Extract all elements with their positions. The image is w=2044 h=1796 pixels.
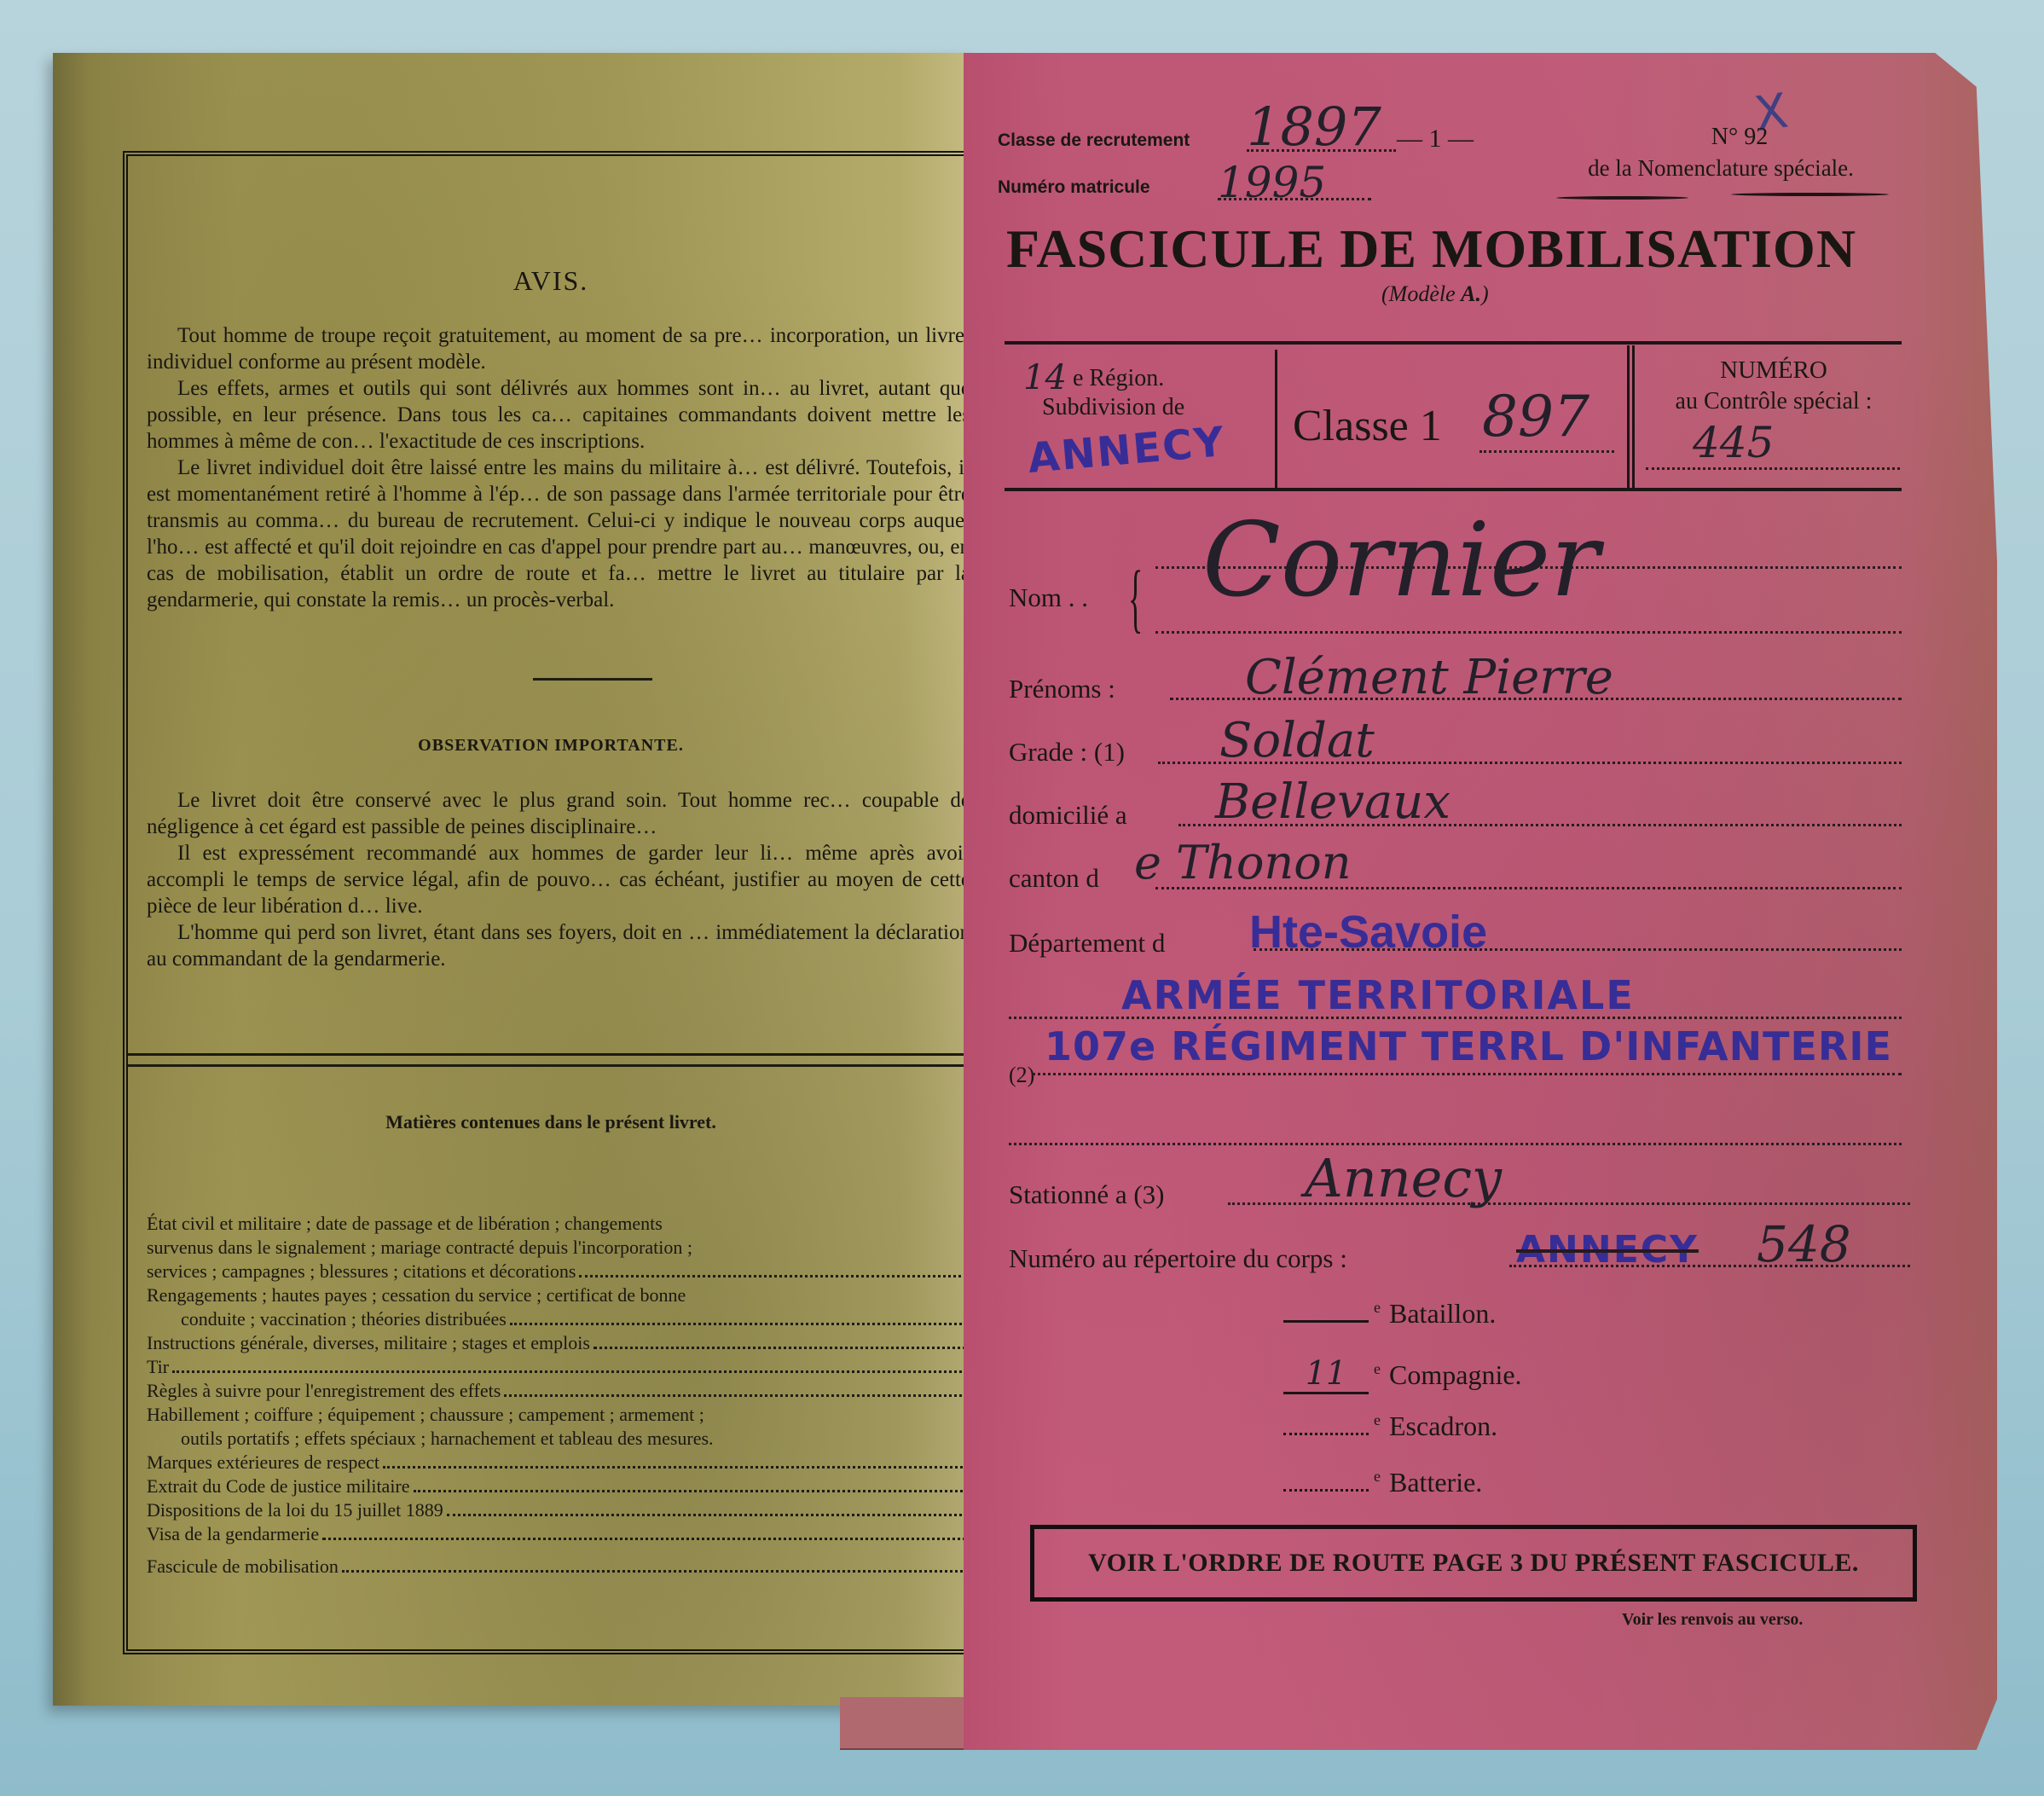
stationne-value: Annecy — [1305, 1147, 1502, 1209]
subdivision-label: Subdivision de — [1042, 394, 1184, 421]
regiment-line — [1032, 1073, 1902, 1075]
route-notice-box: VOIR L'ORDRE DE ROUTE PAGE 3 DU PRÉSENT … — [1030, 1525, 1917, 1602]
repertoire-stamp-struck: ANNECY — [1516, 1228, 1699, 1272]
classe-value: 897 — [1482, 384, 1589, 449]
observation-title: OBSERVATION IMPORTANTE. — [128, 736, 974, 756]
document-title: FASCICULE DE MOBILISATION — [1006, 217, 1902, 281]
region-label: e Région. — [1073, 365, 1164, 392]
classe-recrutement-value: 1897 — [1247, 96, 1381, 158]
contents-item: Visa de la gendarmerie — [147, 1522, 974, 1546]
nomenclature-text: de la Nomenclature spéciale. — [1542, 155, 1900, 182]
controle-label: au Contrôle spécial : — [1642, 388, 1906, 415]
grade-label: Grade : (1) — [1009, 737, 1125, 768]
controle-line — [1646, 467, 1900, 470]
contents-item: Fascicule de mobilisation — [147, 1555, 974, 1579]
classe-label: Classe 1 — [1293, 401, 1442, 451]
page-number: — 1 — — [1397, 125, 1474, 154]
avis-title: AVIS. — [128, 265, 974, 297]
nom-label: Nom . . — [1009, 582, 1088, 613]
contents-item: Règles à suivre pour l'enregistrement de… — [147, 1379, 974, 1403]
region-number: 14 — [1023, 358, 1067, 397]
nom-line-lower — [1155, 631, 1902, 634]
contents-item: conduite ; vaccination ; théories distri… — [147, 1307, 974, 1331]
contents-item: Extrait du Code de justice militaire — [147, 1474, 974, 1498]
renvois-note: Voir les renvois au verso. — [1622, 1610, 1803, 1630]
unit-batterie: eBatterie. — [1283, 1467, 1482, 1498]
observation-paragraph: Le livret doit être conservé avec le plu… — [147, 787, 970, 840]
departement-stamp: Hte-Savoie — [1249, 906, 1487, 959]
contents-title: Matières contenues dans le présent livre… — [128, 1111, 974, 1133]
repertoire-label: Numéro au répertoire du corps : — [1009, 1243, 1347, 1274]
section-rule — [533, 678, 652, 681]
numero-matricule-label: Numéro matricule — [998, 177, 1150, 198]
table-top-rule — [1005, 341, 1902, 345]
ornament-rule — [1556, 196, 1688, 200]
contents-item: État civil et militaire ; date de passag… — [147, 1212, 974, 1236]
nom-value: Cornier — [1202, 501, 1599, 620]
canton-label: canton d — [1009, 863, 1099, 894]
repertoire-value: 548 — [1757, 1215, 1851, 1273]
avis-paragraph: Les effets, armes et outils qui sont dél… — [147, 375, 970, 455]
grade-value: Soldat — [1219, 713, 1375, 768]
section-divider — [128, 1053, 974, 1067]
regiment-note: (2) — [1009, 1063, 1034, 1088]
controle-value: 445 — [1693, 418, 1774, 467]
table-divider — [1627, 345, 1630, 488]
observation-paragraph: Il est expressément recommandé aux homme… — [147, 840, 970, 919]
controle-title: NUMÉRO — [1646, 356, 1902, 385]
unit-bataillon: eBataillon. — [1283, 1298, 1496, 1330]
classe-recrutement-label: Classe de recrutement — [998, 130, 1190, 151]
regiment-stamp: 107e RÉGIMENT TERRL D'INFANTERIE — [1045, 1023, 1892, 1069]
avis-paragraph: Le livret individuel doit être laissé en… — [147, 455, 970, 613]
contents-item: services ; campagnes ; blessures ; citat… — [147, 1260, 974, 1283]
armee-territoriale-stamp: ARMÉE TERRITORIALE — [1121, 972, 1635, 1018]
contents-item: outils portatifs ; effets spéciaux ; har… — [147, 1427, 974, 1451]
ornament-rule — [1731, 193, 1889, 196]
brace: { — [1128, 554, 1143, 642]
nomenclature-number: N° 92 — [1671, 124, 1808, 151]
contents-item: Instructions générale, diverses, militai… — [147, 1331, 974, 1355]
contents-item: Rengagements ; hautes payes ; cessation … — [147, 1283, 974, 1307]
canton-value: e Thonon — [1134, 836, 1352, 889]
table-divider — [1275, 350, 1277, 488]
contents-item: Marques extérieures de respect — [147, 1451, 974, 1474]
contents-list: État civil et militaire ; date de passag… — [147, 1212, 974, 1579]
modele-label: (Modèle A.) — [1381, 281, 1489, 307]
armee-line — [1009, 1017, 1902, 1019]
departement-label: Département d — [1009, 928, 1165, 959]
contents-item: Dispositions de la loi du 15 juillet 188… — [147, 1498, 974, 1522]
contents-item: Tir — [147, 1355, 974, 1379]
blank-line — [1009, 1143, 1902, 1145]
left-page-frame: AVIS. Tout homme de troupe reçoit gratui… — [123, 151, 974, 1654]
observation-text: Le livret doit être conservé avec le plu… — [147, 787, 970, 1034]
stationne-label: Stationné a (3) — [1009, 1179, 1165, 1210]
avis-paragraph: Tout homme de troupe reçoit gratuitement… — [147, 322, 970, 375]
unit-compagnie: 11eCompagnie. — [1283, 1354, 1522, 1394]
table-bottom-rule — [1005, 488, 1902, 491]
numero-matricule-value: 1995 — [1218, 158, 1326, 207]
unit-escadron: eEscadron. — [1283, 1411, 1497, 1442]
prenoms-value: Clément Pierre — [1245, 650, 1613, 705]
left-page-avis: AVIS. Tout homme de troupe reçoit gratui… — [53, 53, 974, 1706]
prenoms-label: Prénoms : — [1009, 674, 1115, 704]
classe-line — [1479, 450, 1614, 453]
domicile-value: Bellevaux — [1215, 774, 1450, 830]
contents-item: survenus dans le signalement ; mariage c… — [147, 1236, 974, 1260]
route-notice-text: VOIR L'ORDRE DE ROUTE PAGE 3 DU PRÉSENT … — [1088, 1549, 1859, 1578]
avis-text: Tout homme de troupe reçoit gratuitement… — [147, 322, 970, 723]
contents-item: Habillement ; coiffure ; équipement ; ch… — [147, 1403, 974, 1427]
observation-paragraph: L'homme qui perd son livret, étant dans … — [147, 919, 970, 972]
domicile-label: domicilié a — [1009, 800, 1127, 831]
